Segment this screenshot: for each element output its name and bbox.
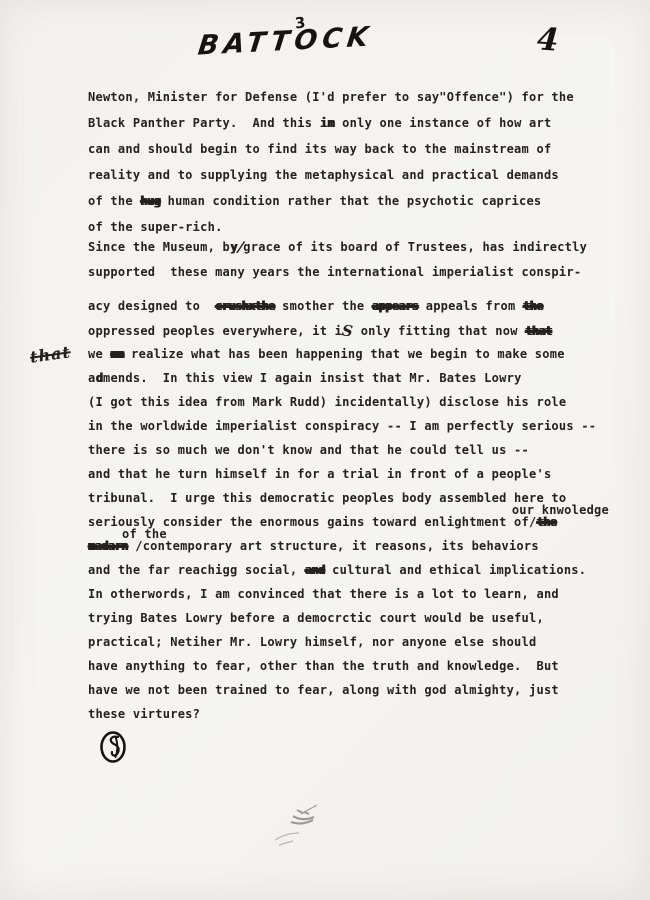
text-line: admends. In this view I again insist tha… [88,366,593,390]
text-line: have we not been trained to fear, along … [88,678,593,702]
typed-text: only one instance of how art [335,116,552,130]
text-line: practical; Netiher Mr. Lowry himself, no… [88,630,593,654]
text-line: thatwe mm realize what has been happenin… [88,342,593,366]
typed-text: these virtures? [88,707,200,721]
typed-text: of the [88,194,140,208]
typed-text: only fitting that now [353,324,525,338]
struck-out-text: the [523,299,543,313]
overtyped-text: d [95,371,102,385]
circled-scribble-mark [97,728,131,768]
text-line: and that he turn himself in for a trial … [88,462,593,486]
typed-text: have anything to fear, other than the tr… [88,659,559,673]
typed-text: tribunal. I urge this democratic peoples… [88,491,566,505]
interline-insertion: our knwoledge [512,498,609,522]
struck-out-text: mm [110,347,123,361]
typed-text: human condition rather that the psychoti… [160,194,541,208]
typed-text: Newton, Minister for Defense (I'd prefer… [88,90,574,104]
document-body-text: Newton, Minister for Defense (I'd prefer… [88,84,593,726]
text-line: of themadarn /contemporary art structure… [88,534,593,558]
text-line: in the worldwide imperialist conspiracy … [88,414,593,438]
text-line: Black Panther Party. And this im only on… [88,110,593,136]
handwritten-correction: / [236,234,245,261]
handwritten-correction: S [341,318,355,343]
typed-text: Black Panther Party. And this [88,116,320,130]
text-line: supported these many years the internati… [88,259,593,285]
text-line: have anything to fear, other than the tr… [88,654,593,678]
text-line: acy designed to crushxthe smother the ap… [88,294,593,318]
typed-text: appeals from [418,299,523,313]
header-page-number: 4 [536,21,560,58]
margin-note: that [29,340,73,369]
text-line: reality and to supplying the metaphysica… [88,162,593,188]
typed-text: cultural and ethical implications. [325,563,587,577]
typed-text: realize what has been happening that we … [124,347,565,361]
text-line: oppressed peoples everywhere, it iS only… [88,318,593,342]
text-line: and the far reachigg social, and cultura… [88,558,593,582]
typed-text: supported these many years the internati… [88,265,581,279]
typed-text: Since the Museum, b [88,240,230,254]
typed-text: reality and to supplying the metaphysica… [88,168,559,182]
struck-out-text: appears [372,299,418,313]
typed-text: /contemporary art structure, it reasons,… [128,539,539,553]
typed-text: have we not been trained to fear, along … [88,683,559,697]
typed-text: grace of its board of Trustees, has indi… [243,240,587,254]
typed-text: of the super-rich. [88,220,223,234]
typed-text: In otherwords, I am convinced that there… [88,587,559,601]
typed-text: oppressed peoples everywhere, it i [88,324,342,338]
interline-insertion: of the [122,522,167,546]
text-line: of the hug human condition rather that t… [88,188,593,214]
typed-text: smother the [275,299,372,313]
struck-out-text: that [525,324,552,338]
typed-text: and that he turn himself in for a trial … [88,467,551,481]
typed-text: (I got this idea from Mark Rudd) inciden… [88,395,566,409]
struck-out-text: crushxthe [215,299,275,313]
pencil-smudges [263,798,363,868]
text-line: Newton, Minister for Defense (I'd prefer… [88,84,593,110]
typed-text: there is so much we don't know and that … [88,443,529,457]
typed-text: practical; Netiher Mr. Lowry himself, no… [88,635,536,649]
text-line: these virtures? [88,702,593,726]
scanned-manuscript-page: 3 BATTOCK 4 Newton, Minister for Defense… [0,0,650,900]
text-line: there is so much we don't know and that … [88,438,593,462]
typed-text: and the far reachigg social, [88,563,305,577]
typed-text: can and should begin to find its way bac… [88,142,551,156]
typed-text: in the worldwide imperialist conspiracy … [88,419,596,433]
struck-out-text: and [305,563,325,577]
text-line: (I got this idea from Mark Rudd) inciden… [88,390,593,414]
typed-text: acy designed to [88,299,215,313]
text-line: Since the Museum, by/grace of its board … [88,233,593,259]
header-handwritten-name: BATTOCK [196,21,375,61]
typed-text: trying Bates Lowry before a democrctic c… [88,611,544,625]
text-line: can and should begin to find its way bac… [88,136,593,162]
overtyped-text: im [320,116,335,130]
typed-text: mends. In this view I again insist that … [103,371,522,385]
typed-text: we [88,347,110,361]
text-line: trying Bates Lowry before a democrctic c… [88,606,593,630]
struck-out-text: hug [140,194,160,208]
text-line: In otherwords, I am convinced that there… [88,582,593,606]
